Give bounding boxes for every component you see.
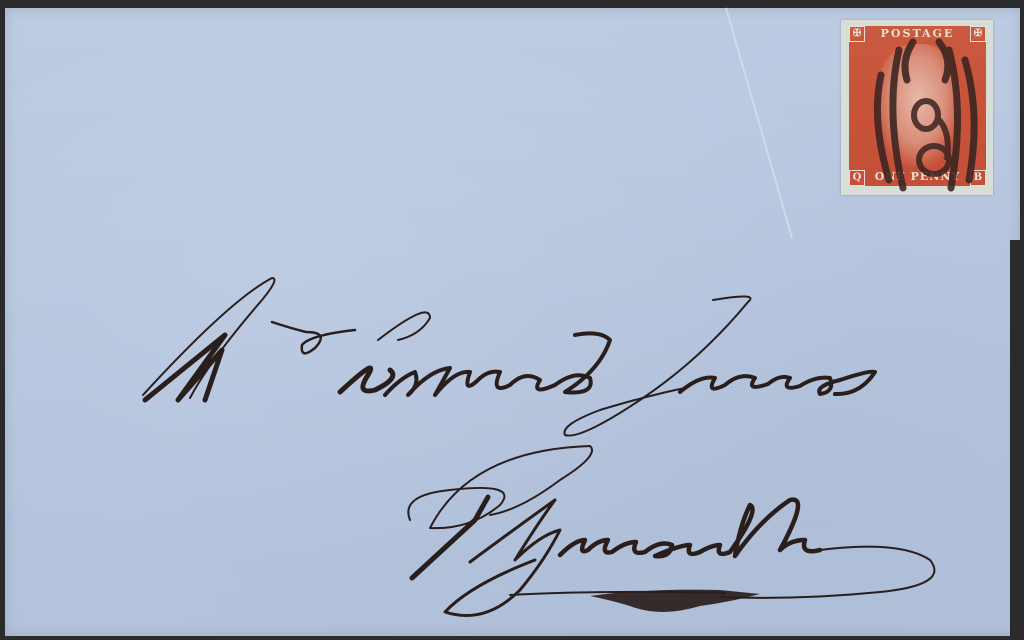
handwritten-address <box>0 0 1024 640</box>
